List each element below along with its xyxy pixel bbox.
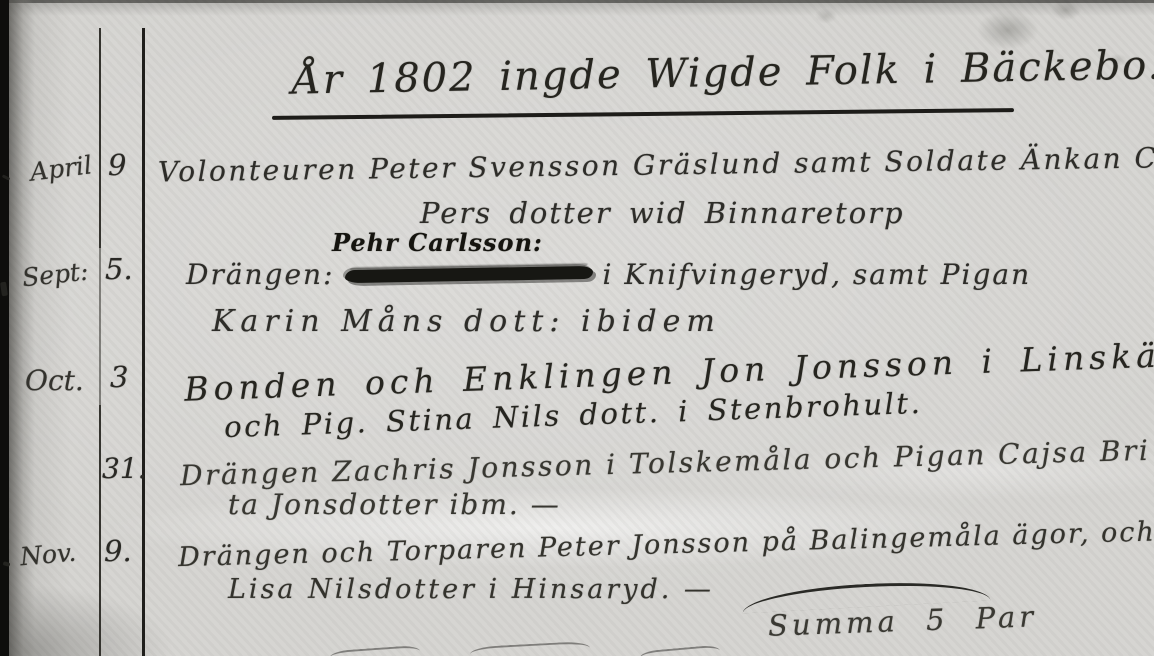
day-number: 3 [110, 360, 128, 394]
inserted-name-above-strikethrough: Pehr Carlsson: [332, 228, 543, 257]
title-underline [272, 108, 1014, 120]
scanned-register-page: År 1802 ingde Wigde Folk i Bäckebo. Apri… [0, 0, 1154, 656]
cutoff-stroke [640, 645, 721, 656]
column-rule-thin [99, 28, 101, 656]
cutoff-stroke [470, 641, 591, 656]
entry-line: Karin Måns dott: ibidem [212, 304, 721, 339]
month-label: April [28, 150, 93, 186]
column-rule-thick [142, 28, 145, 656]
scan-top-edge [0, 0, 1154, 3]
entry-line: Drängen och Torparen Peter Jonsson på Ba… [178, 514, 1154, 573]
month-label: Oct. [25, 364, 84, 397]
day-number: 9 [108, 148, 126, 182]
page-title: År 1802 ingde Wigde Folk i Bäckebo. [292, 42, 1154, 103]
entry-text-after-strikethrough: i Knifvingeryd, samt Pigan [603, 258, 1032, 291]
entry-line: Drängen:i Knifvingeryd, samt Pigan [186, 258, 1031, 291]
month-label: Sept: [21, 257, 90, 293]
struck-out-name [344, 266, 592, 283]
entry-line: Volonteuren Peter Svensson Gräslund samt… [158, 141, 1154, 189]
entry-line: ta Jonsdotter ibm. — [228, 488, 561, 521]
day-number: 9. [104, 534, 132, 568]
cutoff-stroke [330, 645, 421, 656]
entry-text-before-strikethrough: Drängen: [186, 258, 335, 291]
day-number: 31. [102, 452, 147, 485]
month-label: Nov. [19, 538, 77, 572]
entry-line: Lisa Nilsdotter i Hinsaryd. — [228, 574, 714, 605]
day-number: 5. [105, 252, 133, 286]
book-binding-edge [0, 0, 9, 656]
entry-line: Drängen Zachris Jonsson i Tolskemåla och… [180, 433, 1154, 492]
entry-line: Pers dotter wid Binnaretorp [420, 196, 905, 230]
